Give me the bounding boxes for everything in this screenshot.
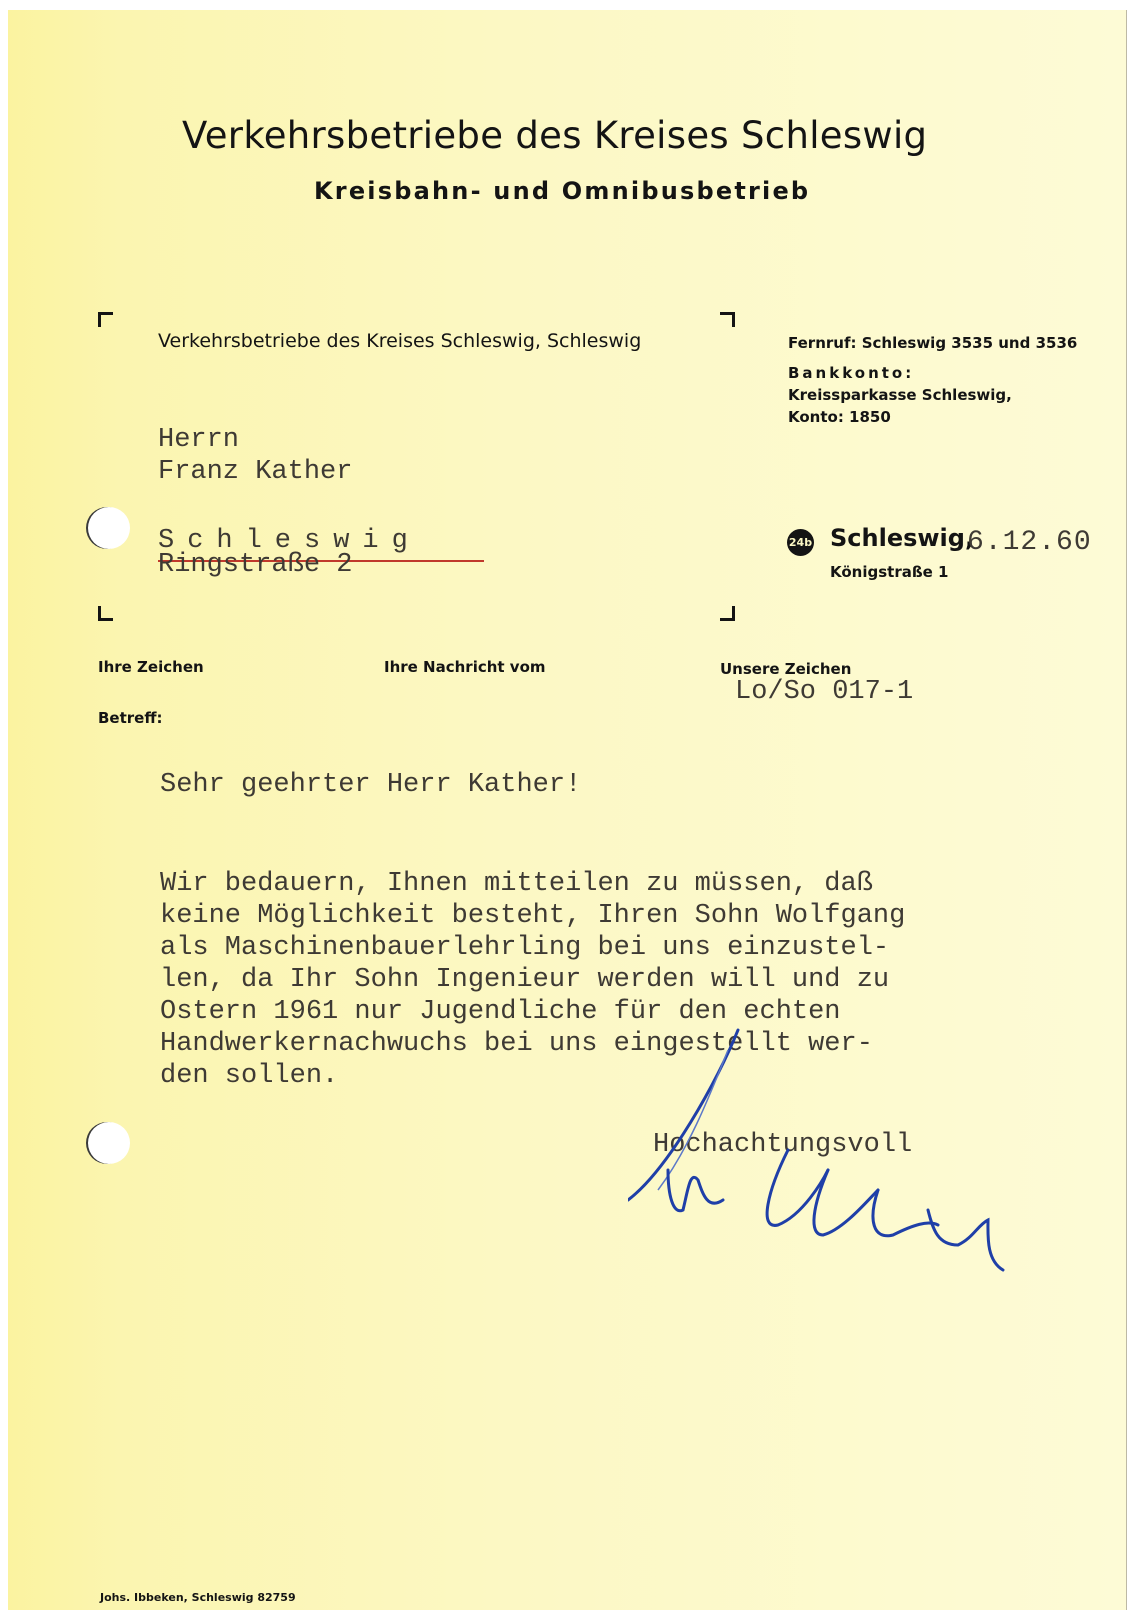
sender-city: Schleswig, [830,524,974,552]
contact-block: Fernruf: Schleswig 3535 und 3536 Bankkon… [788,332,1077,428]
postcode-badge-icon: 24b [787,529,814,556]
printer-imprint: Johs. Ibbeken, Schleswig 82759 [100,1591,296,1604]
letter-body-line: keine Möglichkeit besteht, Ihren Sohn Wo… [160,900,905,932]
bank-label: Bankkonto: [788,362,1077,384]
recipient-block: Herrn Franz Kather [158,424,352,488]
letter-salutation: Sehr geehrter Herr Kather! [160,770,581,800]
letter-body-line: Wir bedauern, Ihnen mitteilen zu müssen,… [160,868,905,900]
ihre-zeichen-label: Ihre Zeichen [98,658,204,676]
address-window-corner-icon [720,312,735,327]
bank-name: Kreissparkasse Schleswig, [788,384,1077,406]
phone-line: Fernruf: Schleswig 3535 und 3536 [788,332,1077,354]
letterhead-title: Verkehrsbetriebe des Kreises Schleswig [182,114,927,157]
letter-body-line: len, da Ihr Sohn Ingenieur werden will u… [160,964,905,996]
letter-body-line: als Maschinenbauerlehrling bei uns einzu… [160,932,905,964]
ihre-nachricht-label: Ihre Nachricht vom [384,658,546,676]
recipient-salutation-line: Herrn [158,424,352,456]
address-window-corner-icon [720,606,735,621]
unsere-zeichen-value: Lo/So 017-1 [735,677,913,707]
betreff-label: Betreff: [98,709,163,727]
letter-page: Verkehrsbetriebe des Kreises Schleswig K… [8,10,1127,1610]
bank-account: Konto: 1850 [788,406,1077,428]
sender-street: Königstraße 1 [830,563,948,581]
letterhead-subtitle: Kreisbahn- und Omnibusbetrieb [314,177,810,205]
address-window-corner-icon [98,606,113,621]
signature-icon [628,1020,1048,1300]
unsere-zeichen-label: Unsere Zeichen [720,660,851,678]
return-address: Verkehrsbetriebe des Kreises Schleswig, … [158,330,641,352]
recipient-name: Franz Kather [158,456,352,488]
letter-date: 6.12.60 [967,527,1092,558]
punch-hole [88,1122,130,1164]
punch-hole [88,507,130,549]
recipient-street: Ringstraße 2 [158,550,352,580]
address-window-corner-icon [98,312,113,327]
